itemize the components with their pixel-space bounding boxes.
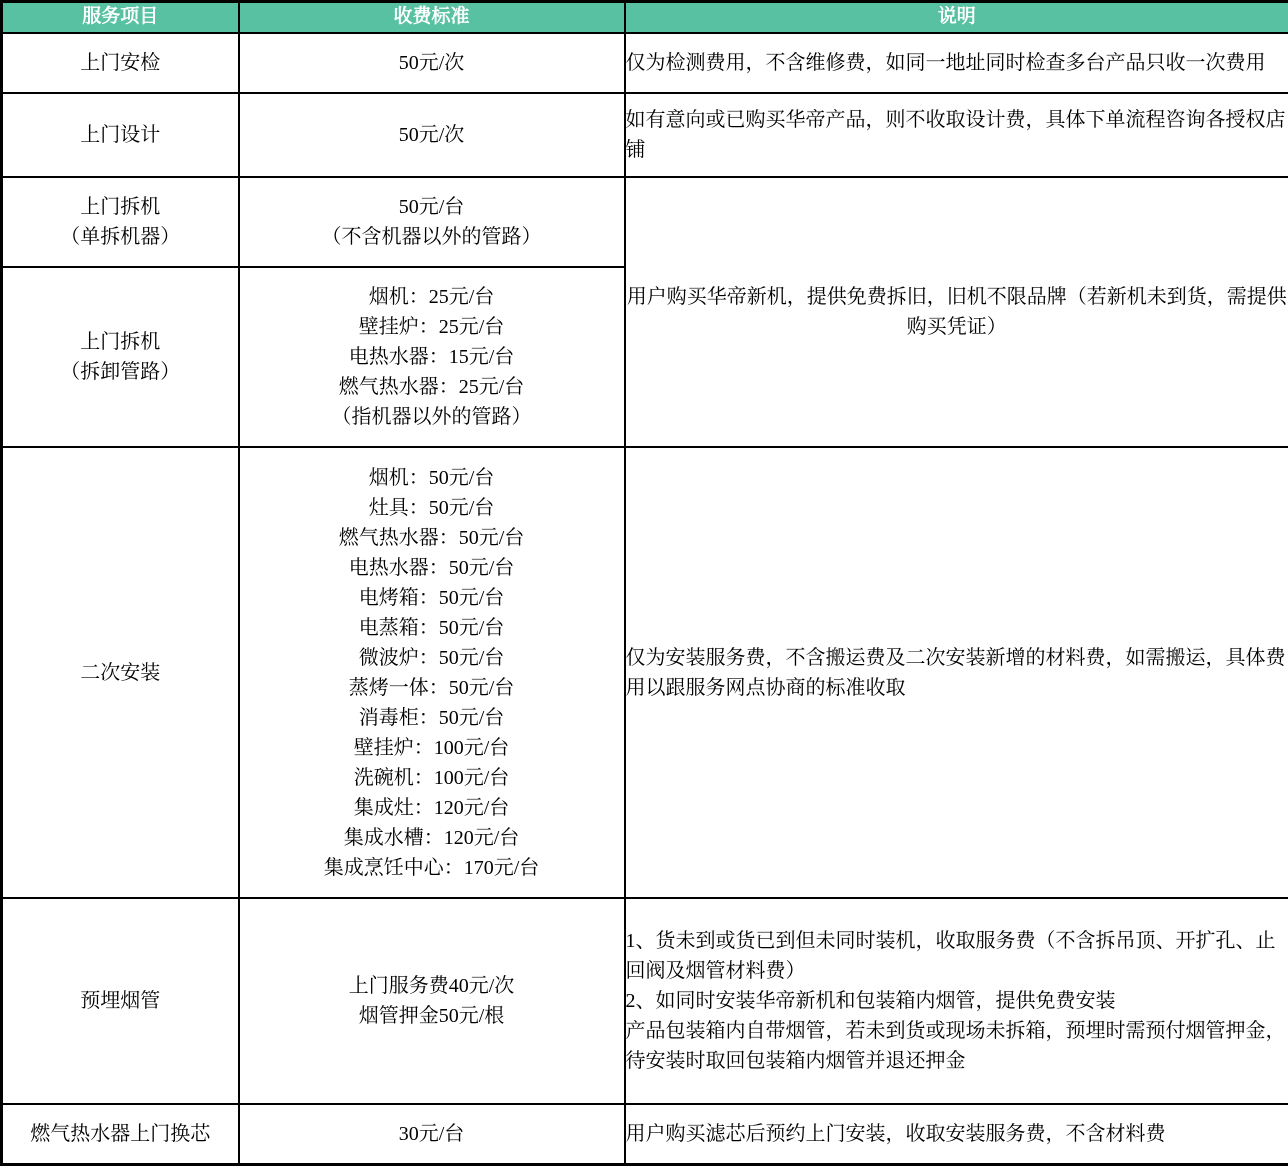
fee-cell: 50元/台 （不含机器以外的管路） — [239, 177, 625, 267]
service-pricing-table: 服务项目 收费标准 说明 上门安检 50元/次 仅为检测费用，不含维修费，如同一… — [0, 0, 1288, 1166]
fee-cell: 烟机：25元/台 壁挂炉：25元/台 电热水器：15元/台 燃气热水器：25元/… — [239, 267, 625, 447]
note-cell: 仅为检测费用，不含维修费，如同一地址同时检查多台产品只收一次费用 — [625, 33, 1288, 93]
service-cell: 上门拆机 （拆卸管路） — [2, 267, 239, 447]
service-cell: 上门设计 — [2, 93, 239, 177]
header-row: 服务项目 收费标准 说明 — [2, 2, 1288, 34]
row-secondary-install: 二次安装 烟机：50元/台 灶具：50元/台 燃气热水器：50元/台 电热水器：… — [2, 447, 1288, 898]
fee-cell: 50元/次 — [239, 33, 625, 93]
note-cell: 1、货未到或货已到但未同时装机，收取服务费（不含拆吊顶、开扩孔、止回阀及烟管材料… — [625, 898, 1288, 1104]
row-preembed-flue: 预埋烟管 上门服务费40元/次 烟管押金50元/根 1、货未到或货已到但未同时装… — [2, 898, 1288, 1104]
fee-cell: 30元/台 — [239, 1104, 625, 1164]
note-cell-merged-dismantle: 用户购买华帝新机，提供免费拆旧，旧机不限品牌（若新机未到货，需提供购买凭证） — [625, 177, 1288, 447]
note-cell: 仅为安装服务费，不含搬运费及二次安装新增的材料费，如需搬运，具体费用以跟服务网点… — [625, 447, 1288, 898]
fee-cell: 上门服务费40元/次 烟管押金50元/根 — [239, 898, 625, 1104]
row-onsite-inspection: 上门安检 50元/次 仅为检测费用，不含维修费，如同一地址同时检查多台产品只收一… — [2, 33, 1288, 93]
column-header-fee: 收费标准 — [239, 2, 625, 34]
service-cell: 二次安装 — [2, 447, 239, 898]
service-cell: 上门拆机 （单拆机器） — [2, 177, 239, 267]
row-dismantle-machine-only: 上门拆机 （单拆机器） 50元/台 （不含机器以外的管路） 用户购买华帝新机，提… — [2, 177, 1288, 267]
note-cell: 用户购买滤芯后预约上门安装，收取安装服务费，不含材料费 — [625, 1104, 1288, 1164]
service-cell: 燃气热水器上门换芯 — [2, 1104, 239, 1164]
row-onsite-design: 上门设计 50元/次 如有意向或已购买华帝产品，则不收取设计费，具体下单流程咨询… — [2, 93, 1288, 177]
column-header-service: 服务项目 — [2, 2, 239, 34]
column-header-note: 说明 — [625, 2, 1288, 34]
note-cell: 如有意向或已购买华帝产品，则不收取设计费，具体下单流程咨询各授权店铺 — [625, 93, 1288, 177]
service-cell: 预埋烟管 — [2, 898, 239, 1104]
fee-cell: 烟机：50元/台 灶具：50元/台 燃气热水器：50元/台 电热水器：50元/台… — [239, 447, 625, 898]
service-cell: 上门安检 — [2, 33, 239, 93]
fee-cell: 50元/次 — [239, 93, 625, 177]
row-filter-replacement: 燃气热水器上门换芯 30元/台 用户购买滤芯后预约上门安装，收取安装服务费，不含… — [2, 1104, 1288, 1164]
